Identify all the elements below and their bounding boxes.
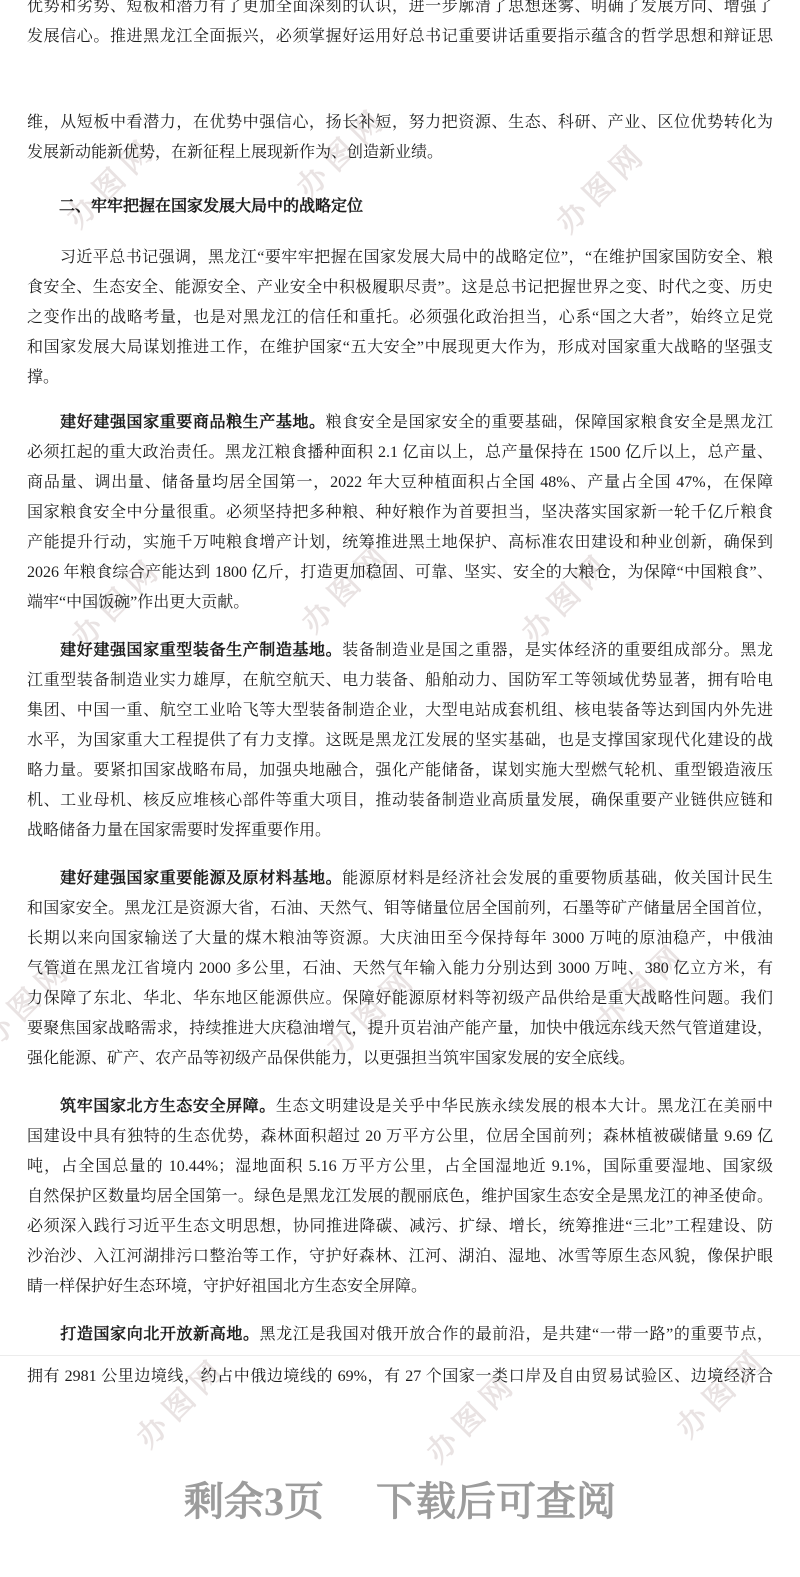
text-line: 之变作出的战略考量，也是对黑龙江的信任和重托。必须强化政治担当，心系“国之大者”… xyxy=(27,303,773,333)
text-line: 和国家安全。黑龙江是资源大省，石油、天然气、钼等储量位居全国前列，石墨等矿产储量… xyxy=(27,894,773,924)
text-line: 力保障了东北、华北、华东地区能源供应。保障好能源原材料等初级产品供给是重大战略性… xyxy=(27,984,773,1014)
text-line: 必须深入践行习近平生态文明思想，协同推进降碳、减污、扩绿、增长，统筹推进“三北”… xyxy=(27,1212,773,1242)
text-line: 气管道在黑龙江省境内 2000 多公里，石油、天然气年输入能力分别达到 3000… xyxy=(27,954,773,984)
text-line: 筑牢国家北方生态安全屏障。生态文明建设是关乎中华民族永续发展的根本大计。黑龙江在… xyxy=(27,1092,773,1122)
text-line: 产能提升行动，实施千万吨粮食增产计划，统筹推进黑土地保护、高标准农田建设和种业创… xyxy=(27,528,773,558)
document-preview-page: { "colors": { "text": "#1d1d1d", "footer… xyxy=(0,0,800,1577)
text-line: 集团、中国一重、航空工业哈飞等大型装备制造企业，大型电站成套机组、核电装备等达到… xyxy=(27,696,773,726)
text-line: 打造国家向北开放新高地。黑龙江是我国对俄开放合作的最前沿，是共建“一带一路”的重… xyxy=(27,1320,773,1350)
text-line: 吨，占全国总量的 10.44%；湿地面积 5.16 万平方公里，占全国湿地近 9… xyxy=(27,1152,773,1182)
download-banner: 剩余3页下载后可查阅 xyxy=(27,1478,773,1526)
paragraph-grain-base: 建好建强国家重要商品粮生产基地。粮食安全是国家安全的重要基础，保障国家粮食安全是… xyxy=(27,408,773,618)
paragraph-ecological-barrier: 筑牢国家北方生态安全屏障。生态文明建设是关乎中华民族永续发展的根本大计。黑龙江在… xyxy=(27,1092,773,1302)
text-line: 建好建强国家重要商品粮生产基地。粮食安全是国家安全的重要基础，保障国家粮食安全是… xyxy=(27,408,773,438)
text-line: 食安全、生态安全、能源安全、产业安全中积极履职尽责”。这是总书记把握世界之变、时… xyxy=(27,273,773,303)
page2-opening-paragraph: 维，从短板中看潜力，在优势中强信心，扬长补短，努力把资源、生态、科研、产业、区位… xyxy=(27,108,773,168)
text-line: 国建设中具有独特的生态优势，森林面积超过 20 万平方公里，位居全国前列；森林植… xyxy=(27,1122,773,1152)
text-line: 发展新动能新优势，在新征程上展现新作为、创造新业绩。 xyxy=(27,138,773,168)
text-line: 二、牢牢把握在国家发展大局中的战略定位 xyxy=(27,192,773,222)
paragraph-northern-opening: 打造国家向北开放新高地。黑龙江是我国对俄开放合作的最前沿，是共建“一带一路”的重… xyxy=(27,1320,773,1350)
text-line: 略力量。要紧扣国家战略布局，加强央地融合，强化产能储备，谋划实施大型燃气轮机、重… xyxy=(27,756,773,786)
text-line: 必须扛起的重大政治责任。黑龙江粮食播种面积 2.1 亿亩以上，总产量保持在 15… xyxy=(27,438,773,468)
text-line: 商品量、调出量、储备量均居全国第一，2022 年大豆种植面积占全国 48%、产量… xyxy=(27,468,773,498)
text-line: 睛一样保护好生态环境，守护好祖国北方生态安全屏障。 xyxy=(27,1272,773,1302)
text-line: 和国家发展大局谋划推进工作，在维护国家“五大安全”中展现更大作为，形成对国家重大… xyxy=(27,333,773,363)
text-line: 强化能源、矿产、农产品等初级产品保供能力，以更强担当筑牢国家发展的安全底线。 xyxy=(27,1044,773,1074)
page3-fragment: 拥有 2981 公里边境线，约占中俄边境线的 69%，有 27 个国家一类口岸及… xyxy=(27,1362,773,1392)
text-line: 水平，为国家重大工程提供了有力支撑。这既是黑龙江发展的坚实基础，也是支撑国家现代… xyxy=(27,726,773,756)
text-line: 机、工业母机、核反应堆核心部件等重大项目，推动装备制造业高质量发展，确保重要产业… xyxy=(27,786,773,816)
download-hint-label: 下载后可查阅 xyxy=(376,1479,616,1524)
section-heading: 二、牢牢把握在国家发展大局中的战略定位 xyxy=(27,192,773,222)
text-line: 要聚焦国家战略需求，持续推进大庆稳油增气，提升页岩油产能产量，加快中俄远东线天然… xyxy=(27,1014,773,1044)
pages-remaining-label: 剩余3页 xyxy=(184,1479,324,1524)
text-line: 发展信心。推进黑龙江全面振兴，必须掌握好运用好总书记重要讲话重要指示蕴含的哲学思… xyxy=(27,22,773,52)
text-line: 优势和劣势、短板和潜力有了更加全面深刻的认识，进一步廓清了思想迷雾、明确了发展方… xyxy=(27,0,773,22)
text-line: 维，从短板中看潜力，在优势中强信心，扬长补短，努力把资源、生态、科研、产业、区位… xyxy=(27,108,773,138)
text-line: 端牢“中国饭碗”作出更大贡献。 xyxy=(27,588,773,618)
text-line: 习近平总书记强调，黑龙江“要牢牢把握在国家发展大局中的战略定位”，“在维护国家国… xyxy=(27,243,773,273)
paragraph-equipment-base: 建好建强国家重型装备生产制造基地。装备制造业是国之重器，是实体经济的重要组成部分… xyxy=(27,636,773,846)
text-line: 自然保护区数量均居全国第一。绿色是黑龙江发展的靓丽底色，维护国家生态安全是黑龙江… xyxy=(27,1182,773,1212)
page-divider xyxy=(0,1355,800,1356)
text-line: 长期以来向国家输送了大量的煤木粮油等资源。大庆油田至今保持每年 3000 万吨的… xyxy=(27,924,773,954)
page1-fragment: 优势和劣势、短板和潜力有了更加全面深刻的认识，进一步廓清了思想迷雾、明确了发展方… xyxy=(27,0,773,52)
text-line: 国家粮食安全中分量很重。必须坚持把多种粮、种好粮作为首要担当，坚决落实国家新一轮… xyxy=(27,498,773,528)
text-line: 战略储备力量在国家需要时发挥重要作用。 xyxy=(27,816,773,846)
text-line: 拥有 2981 公里边境线，约占中俄边境线的 69%，有 27 个国家一类口岸及… xyxy=(27,1362,773,1392)
text-line: 2026 年粮食综合产能达到 1800 亿斤，打造更加稳固、可靠、坚实、安全的大… xyxy=(27,558,773,588)
text-line: 建好建强国家重型装备生产制造基地。装备制造业是国之重器，是实体经济的重要组成部分… xyxy=(27,636,773,666)
document-content: 优势和劣势、短板和潜力有了更加全面深刻的认识，进一步廓清了思想迷雾、明确了发展方… xyxy=(27,0,773,1526)
text-line: 建好建强国家重要能源及原材料基地。能源原材料是经济社会发展的重要物质基础，攸关国… xyxy=(27,864,773,894)
text-line: 江重型装备制造业实力雄厚，在航空航天、电力装备、船舶动力、国防军工等领域优势显著… xyxy=(27,666,773,696)
text-line: 沙治沙、入江河湖排污口整治等工作，守护好森林、江河、湖泊、湿地、冰雪等原生态风貌… xyxy=(27,1242,773,1272)
paragraph-energy-base: 建好建强国家重要能源及原材料基地。能源原材料是经济社会发展的重要物质基础，攸关国… xyxy=(27,864,773,1074)
paragraph-strategic-position: 习近平总书记强调，黑龙江“要牢牢把握在国家发展大局中的战略定位”，“在维护国家国… xyxy=(27,243,773,393)
text-line: 撑。 xyxy=(27,363,773,393)
